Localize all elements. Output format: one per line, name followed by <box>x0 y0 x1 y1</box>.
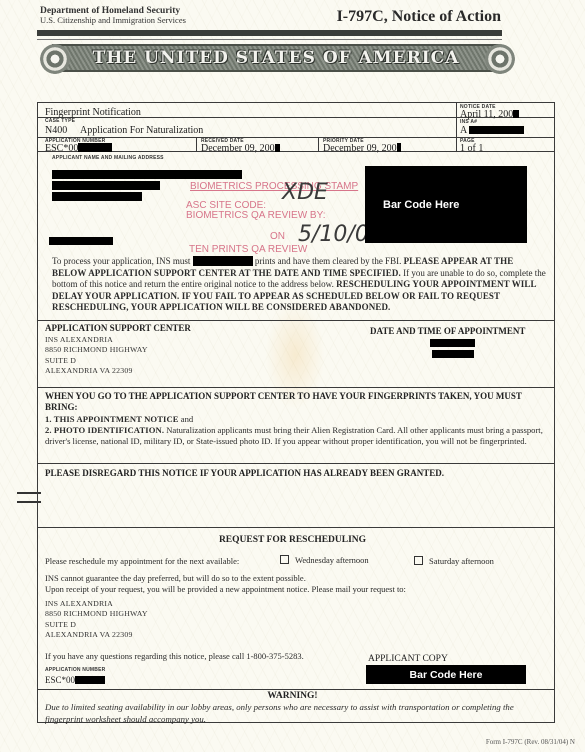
stamp-line-5: TEN PRINTS QA REVIEW <box>189 245 307 255</box>
redacted-address-2 <box>52 192 142 201</box>
priority-date: December 09, 200 <box>323 143 401 154</box>
case-type-label: CASE TYPE <box>45 118 75 124</box>
header-rule-thin <box>37 39 502 40</box>
reschedule-address: INS ALEXANDRIA 8850 RICHMOND HIGHWAY SUI… <box>45 599 148 640</box>
us-banner: THE UNITED STATES OF AMERICA <box>52 44 500 72</box>
case-type-desc: Application For Naturalization <box>80 125 203 136</box>
appointment-title: DATE AND TIME OF APPOINTMENT <box>370 326 525 336</box>
warning-title: WARNING! <box>0 691 585 701</box>
redacted-address-1 <box>52 181 160 190</box>
option-saturday[interactable]: Saturday afternoon <box>414 556 494 568</box>
instructions-paragraph: To process your application, INS must pr… <box>52 256 548 314</box>
barcode-bottom: Bar Code Here <box>366 665 526 684</box>
bring-items: 1. THIS APPOINTMENT NOTICE and 2. PHOTO … <box>45 414 550 447</box>
applicant-copy: APPLICANT COPY <box>368 654 448 665</box>
redacted-address-3 <box>49 237 113 245</box>
asc-address: INS ALEXANDRIA 8850 RICHMOND HIGHWAY SUI… <box>45 335 148 376</box>
reschedule-notes: INS cannot guarantee the day preferred, … <box>45 573 406 595</box>
agency-name: U.S. Citizenship and Immigration Service… <box>40 15 186 25</box>
asc-title: APPLICATION SUPPORT CENTER <box>45 323 191 333</box>
rosette-right-icon <box>485 44 515 74</box>
header-rule-thick <box>37 30 502 36</box>
app-number-label-bottom: APPLICATION NUMBER <box>45 667 105 673</box>
disregard-notice: PLEASE DISREGARD THIS NOTICE IF YOUR APP… <box>45 468 444 478</box>
app-number-bottom: ESC*00 <box>45 675 105 686</box>
form-footer: Form I-797C (Rev. 08/31/04) N <box>486 738 575 746</box>
saturday-checkbox[interactable] <box>414 556 423 565</box>
bring-heading: WHEN YOU GO TO THE APPLICATION SUPPORT C… <box>45 391 545 413</box>
reschedule-title: REQUEST FOR RESCHEDULING <box>0 535 585 545</box>
barcode-top: Bar Code Here <box>365 166 527 243</box>
option-wednesday[interactable]: Wednesday afternoon <box>280 555 369 567</box>
application-number: ESC*00 <box>45 143 112 154</box>
ins-number: A <box>460 125 524 136</box>
form-title: I-797C, Notice of Action <box>337 8 501 26</box>
questions-phone: If you have any questions regarding this… <box>45 651 304 663</box>
stamp-line-3: BIOMETRICS QA REVIEW BY: <box>186 211 325 221</box>
rosette-left-icon <box>40 44 70 74</box>
reschedule-prompt: Please reschedule my appointment for the… <box>45 556 239 568</box>
stamp-line-1: BIOMETRICS PROCESSING STAMP <box>190 182 358 192</box>
applicant-label: APPLICANT NAME AND MAILING ADDRESS <box>52 155 164 161</box>
page-value: 1 of 1 <box>460 143 483 154</box>
received-date: December 09, 200 <box>201 143 280 154</box>
handwritten-code: XDE <box>282 180 328 205</box>
redacted-appointment-date <box>430 339 475 347</box>
banner-text: THE UNITED STATES OF AMERICA <box>93 48 460 68</box>
case-type-code: N400 <box>45 125 67 136</box>
redacted-appointment-time <box>432 350 474 358</box>
redacted-name <box>52 170 242 179</box>
wednesday-checkbox[interactable] <box>280 555 289 564</box>
stamp-line-4: ON <box>270 232 285 242</box>
notice-type: Fingerprint Notification <box>45 107 141 118</box>
warning-text: Due to limited seating availability in o… <box>45 702 550 725</box>
